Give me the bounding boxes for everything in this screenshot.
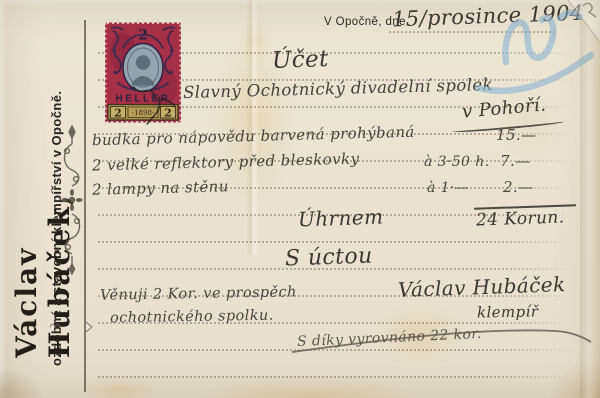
item-description: 2 lampy na stěnu [92, 177, 229, 199]
item-description: budka pro nápovědu barvená prohýbaná [92, 123, 415, 149]
corner-pencil-mark [583, 3, 596, 17]
donation-note-line2: ochotnického spolku. [110, 308, 274, 327]
item-amount: 2.— [503, 178, 534, 196]
item-unit-price: à 3·50 h. [424, 154, 490, 170]
total-label: Úhrnem [298, 205, 384, 232]
stamp-left-value: 2 [114, 107, 122, 120]
closing-salutation: S úctou [285, 243, 373, 271]
recipient-line2: v Pohoří. [461, 94, 547, 122]
item-unit-price: à 1·— [427, 180, 469, 196]
stamp-year-band: 2 2 ·1898· [108, 105, 178, 121]
total-amount: 24 Korun. [476, 207, 565, 230]
donation-note-line1: Věnuji 2 Kor. ve prospěch [100, 284, 297, 303]
signature-title: klempíř [477, 302, 539, 321]
stamp-top-value: 2 [138, 28, 148, 44]
ruled-line [97, 349, 575, 351]
decorative-flourish-icon [59, 124, 85, 276]
ruled-line [97, 241, 575, 243]
stamp-year: ·1898· [132, 109, 154, 117]
item-amount: 7.— [500, 152, 531, 170]
revenue-stamp: 2 HELLER 2 2 ·1898· [103, 20, 183, 125]
item-description: 2 velké reflektory před bleskovky [92, 150, 360, 175]
stamp-right-value: 2 [164, 107, 172, 120]
scanned-invoice-document: Václav Hubáček, ozdobné a stavební klemp… [0, 0, 600, 398]
settled-note: S díky vyrovnáno 22 kor. [297, 326, 482, 350]
ruled-line [97, 376, 575, 378]
signature-name: Václav Hubáček [398, 272, 566, 302]
paper-edge-fold [580, 0, 600, 398]
document-title: Účet [272, 46, 330, 74]
item-amount: 15.— [496, 126, 536, 144]
date-dotted-line [388, 31, 556, 33]
handwritten-date: 15/prosince 1904 [392, 1, 584, 32]
